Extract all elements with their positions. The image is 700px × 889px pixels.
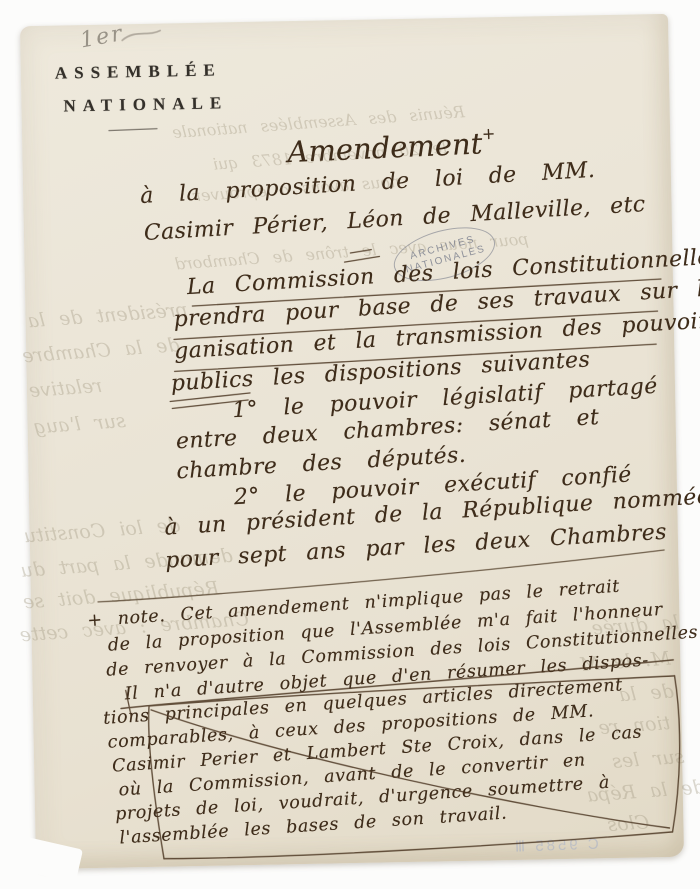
pencil-folio-annotation: 1er bbox=[78, 21, 125, 53]
verso-accession-mark: C 9585 Ⅲ bbox=[511, 835, 598, 856]
letterhead-rule bbox=[109, 129, 157, 131]
letterhead-line1: ASSEMBLÉE bbox=[55, 60, 222, 83]
torn-corner bbox=[19, 837, 83, 883]
bleedthrough-text: de loi Constitu bbox=[23, 514, 181, 547]
bleedthrough-text: de la Chambre bbox=[22, 334, 181, 367]
bleedthrough-text: sur l'aug bbox=[33, 410, 126, 439]
bleedthrough-text: de la bbox=[618, 680, 674, 706]
bleedthrough-text: sur les bbox=[611, 746, 685, 773]
bleedthrough-text: président de la bbox=[27, 299, 189, 332]
bleedthrough-text: Clos bbox=[607, 811, 650, 836]
manuscript-page: Réunis des Assemblées nationale le 20 no… bbox=[20, 14, 684, 869]
letterhead-line2: NATIONALE bbox=[63, 93, 228, 116]
title-text: Amendement bbox=[287, 126, 483, 169]
note-marker: + bbox=[481, 124, 495, 144]
bleedthrough-text: relative bbox=[28, 375, 103, 402]
pencil-swash bbox=[122, 31, 160, 41]
